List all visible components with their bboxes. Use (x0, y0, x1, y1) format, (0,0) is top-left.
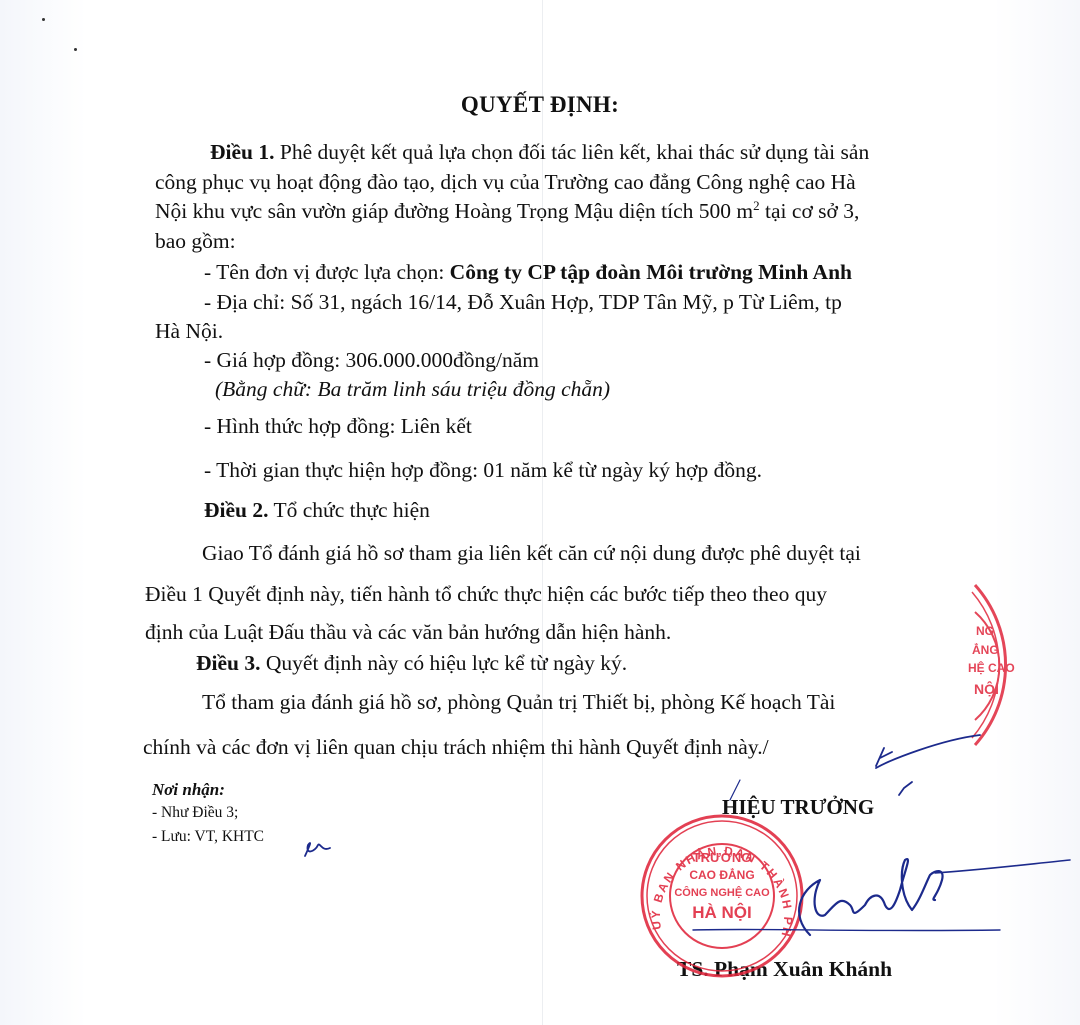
stamp-line: TRƯỜNG (693, 850, 752, 865)
article1-line2: công phục vụ hoạt động đào tạo, dịch vụ … (155, 172, 856, 194)
article1-heading: Điều 1. (210, 140, 275, 164)
document-page: QUYẾT ĐỊNH: Điều 1. Phê duyệt kết quả lự… (0, 0, 1080, 1025)
document-title: QUYẾT ĐỊNH: (0, 92, 1080, 118)
article2-title-line: Điều 2. Tổ chức thực hiện (204, 500, 430, 522)
article2-title: Tổ chức thực hiện (269, 498, 430, 522)
article2-line1: Giao Tổ đánh giá hồ sơ tham gia liên kết… (202, 543, 861, 565)
svg-text:HỆ CAO: HỆ CAO (968, 660, 1015, 675)
recipients-heading: Nơi nhận: (152, 781, 225, 798)
address-line1: - Địa chỉ: Số 31, ngách 16/14, Đỗ Xuân H… (204, 292, 842, 314)
contract-price-words: (Bằng chữ: Ba trăm linh sáu triệu đồng c… (215, 379, 610, 401)
svg-text:NG: NG (976, 624, 994, 638)
selected-unit-value: Công ty CP tập đoàn Môi trường Minh Anh (450, 260, 852, 284)
article3-title: Quyết định này có hiệu lực kể từ ngày ký… (261, 651, 628, 675)
article2-line3: định của Luật Đấu thầu và các văn bản hư… (145, 622, 671, 644)
article1-line3: Nội khu vực sân vườn giáp đường Hoàng Tr… (155, 201, 859, 223)
stamp-line: CÔNG NGHỆ CAO (674, 886, 770, 899)
recipient-item: - Như Điều 3; (152, 805, 238, 821)
article3-title-line: Điều 3. Quyết định này có hiệu lực kể từ… (196, 653, 627, 675)
article3-line2: chính và các đơn vị liên quan chịu trách… (143, 737, 769, 759)
signature-title: HIỆU TRƯỞNG (722, 795, 874, 820)
article1-line3-tail: tại cơ sở 3, (760, 199, 860, 223)
contract-price: - Giá hợp đồng: 306.000.000đồng/năm (204, 350, 539, 372)
svg-text:NỘI: NỘI (974, 680, 999, 697)
article1-line1: Điều 1. Phê duyệt kết quả lựa chọn đối t… (210, 142, 869, 164)
article1-line4: bao gồm: (155, 231, 236, 253)
article1-text1: Phê duyệt kết quả lựa chọn đối tác liên … (275, 140, 870, 164)
selected-unit-label: - Tên đơn vị được lựa chọn: (204, 260, 450, 284)
signer-name: TS. Phạm Xuân Khánh (677, 957, 892, 982)
svg-text:ẲNG: ẲNG (972, 642, 999, 657)
recipient-item: - Lưu: VT, KHTC (152, 829, 264, 845)
contract-type: - Hình thức hợp đồng: Liên kết (204, 416, 472, 438)
scan-specks (40, 18, 80, 58)
article2-line2: Điều 1 Quyết định này, tiến hành tổ chức… (145, 584, 827, 606)
article3-heading: Điều 3. (196, 651, 261, 675)
stamp-line: HÀ NỘI (692, 903, 752, 922)
partial-stamp-icon: NG ẲNG HỆ CAO NỘI (968, 585, 1015, 745)
selected-unit: - Tên đơn vị được lựa chọn: Công ty CP t… (204, 262, 852, 284)
stamp-line: CAO ĐẲNG (689, 867, 754, 882)
address-line2: Hà Nội. (155, 321, 223, 343)
article2-heading: Điều 2. (204, 498, 269, 522)
article3-line1: Tổ tham gia đánh giá hồ sơ, phòng Quản t… (202, 692, 835, 714)
article1-line3-text: Nội khu vực sân vườn giáp đường Hoàng Tr… (155, 199, 753, 223)
contract-duration: - Thời gian thực hiện hợp đồng: 01 năm k… (204, 460, 762, 482)
